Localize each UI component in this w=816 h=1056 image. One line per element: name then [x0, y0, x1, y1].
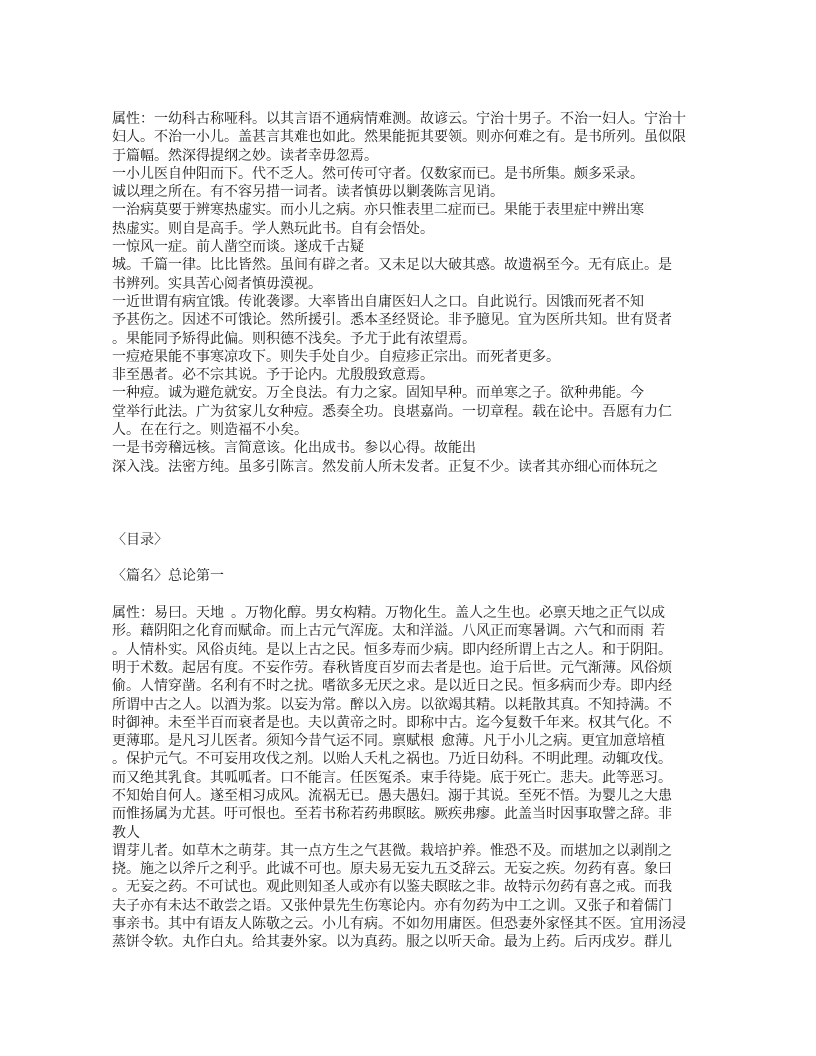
text-line: 偷。人情穿凿。名利有不时之扰。嗜欲多无厌之求。是以近日之民。恒多病而少寿。即内经: [112, 678, 792, 696]
text-line: 属性：易曰。天地 。万物化醇。男女构精。万物化生。盖人之生也。必禀天地之正气以成: [112, 605, 792, 623]
text-line: 教人: [112, 825, 792, 843]
text-line: 一种痘。诚为避危就安。万全良法。有力之家。固知早种。而单寒之子。欲种弗能。今: [112, 385, 792, 403]
text-line: 人。在在行之。则造福不小矣。: [112, 422, 792, 440]
text-line: 而惟扬属为尤甚。吁可恨也。至若书称若药弗瞑眩。厥疾弗瘳。此盖当时因事取譬之辞。非: [112, 806, 792, 824]
text-line: 。果能同予矫得此偏。则积德不浅矣。予尤于此有浓望焉。: [112, 331, 792, 349]
text-line: 〈目录〉: [112, 532, 792, 550]
text-line: 谓芽儿者。如草木之萌芽。其一点方生之气甚微。栽培护养。惟恐不及。而堪加之以剥削之: [112, 843, 792, 861]
text-line: 一治病莫要于辨寒热虚实。而小儿之病。亦只惟表里二症而已。果能于表里症中辨出寒: [112, 202, 792, 220]
text-line: 热虚实。则自是高手。学人熟玩此书。自有会悟处。: [112, 221, 792, 239]
text-line: 更薄耶。是凡习儿医者。须知今昔气运不同。禀赋根 愈薄。凡于小儿之病。更宜加意培植: [112, 733, 792, 751]
text-line: [112, 550, 792, 568]
text-line: 诚以理之所在。有不容另措一词者。读者慎毋以剿袭陈言见诮。: [112, 184, 792, 202]
text-line: 一小儿医自仲阳而下。代不乏人。然可传可守者。仅数家而已。是书所集。颇多采录。: [112, 166, 792, 184]
text-line: 挠。施之以斧斤之利乎。此诚不可也。原夫易无妄九五爻辞云。无妄之疾。勿药有喜。象曰: [112, 861, 792, 879]
text-line: 堂举行此法。广为贫家儿女种痘。悉奏全功。良堪嘉尚。一切章程。载在论中。吾愿有力仁: [112, 404, 792, 422]
text-line: [112, 495, 792, 513]
text-line: 明于术数。起居有度。不妄作劳。春秋皆度百岁而去者是也。迨于后世。元气渐薄。风俗烦: [112, 660, 792, 678]
text-line: 于篇幅。然深得提纲之妙。读者幸毋忽焉。: [112, 148, 792, 166]
text-line: 非至愚者。必不宗其说。予于论内。尤殷殷致意焉。: [112, 367, 792, 385]
text-line: 夫子亦有未达不敢尝之语。又张仲景先生伤寒论内。亦有勿药为中工之训。又张子和着儒门: [112, 898, 792, 916]
document-text: 属性：一幼科古称哑科。以其言语不通病情难测。故谚云。宁治十男子。不治一妇人。宁治…: [112, 111, 792, 953]
text-line: 予甚伤之。因述不可饿论。然所援引。悉本圣经贤论。非予臆见。宜为医所共知。世有贤者: [112, 312, 792, 330]
text-line: 深入浅。法密方纯。虽多引陈言。然发前人所未发者。正复不少。读者其亦细心而体玩之: [112, 459, 792, 477]
text-line: [112, 587, 792, 605]
text-line: 。无妄之药。不可试也。观此则知圣人或亦有以鉴夫瞑眩之非。故特示勿药有喜之戒。而我: [112, 879, 792, 897]
text-line: 。人情朴实。风俗贞纯。是以上古之民。恒多寿而少病。即内经所谓上古之人。和于阴阳。: [112, 642, 792, 660]
text-line: 书辨列。实具苦心阅者慎毋漠视。: [112, 276, 792, 294]
text-line: 事亲书。其中有语友人陈敬之云。小儿有病。不如勿用庸医。但恐妻外家怪其不医。宜用汤…: [112, 916, 792, 934]
text-line: 蒸饼令软。丸作白丸。给其妻外家。以为真药。服之以听天命。最为上药。后丙戌岁。群儿: [112, 934, 792, 952]
text-line: [112, 477, 792, 495]
text-line: 一近世谓有病宜饿。传讹袭谬。大率皆出自庸医妇人之口。自此说行。因饿而死者不知: [112, 294, 792, 312]
text-line: 时御神。未至半百而衰者是也。夫以黄帝之时。即称中古。迄今复数千年来。权其气化。不: [112, 715, 792, 733]
text-line: 属性：一幼科古称哑科。以其言语不通病情难测。故谚云。宁治十男子。不治一妇人。宁治…: [112, 111, 792, 129]
text-line: 形。藉阴阳之化育而赋命。而上古元气浑庞。太和洋溢。八风正而寒暑调。六气和而雨 若: [112, 623, 792, 641]
text-line: 妇人。不治一小儿。盖甚言其难也如此。然果能扼其要领。则亦何难之有。是书所列。虽似…: [112, 129, 792, 147]
text-line: 一是书旁稽远核。言简意该。化出成书。参以心得。故能出: [112, 440, 792, 458]
text-line: 而又绝其乳食。其呱呱者。口不能言。任医冤杀。束手待毙。底于死亡。悲夫。此等恶习。: [112, 770, 792, 788]
text-line: 一痘疮果能不事寒凉攻下。则失手处自少。自痘疹正宗出。而死者更多。: [112, 349, 792, 367]
text-line: 一惊风一症。前人凿空而谈。遂成千古疑: [112, 239, 792, 257]
text-line: 。保护元气。不可妄用攻伐之剂。以贻人夭札之祸也。乃近日幼科。不明此理。动辄攻伐。: [112, 751, 792, 769]
text-line: 城。千篇一律。比比皆然。虽间有辟之者。又未足以大破其惑。故遗祸至今。无有底止。是: [112, 257, 792, 275]
text-line: [112, 514, 792, 532]
text-line: 不知始自何人。遂至相习成风。流祸无已。愚夫愚妇。溺于其说。至死不悟。为婴儿之大患: [112, 788, 792, 806]
page: 属性：一幼科古称哑科。以其言语不通病情难测。故谚云。宁治十男子。不治一妇人。宁治…: [0, 0, 816, 1056]
text-line: 所谓中古之人。以酒为浆。以妄为常。醉以入房。以欲竭其精。以耗散其真。不知持满。不: [112, 697, 792, 715]
text-line: 〈篇名〉总论第一: [112, 568, 792, 586]
